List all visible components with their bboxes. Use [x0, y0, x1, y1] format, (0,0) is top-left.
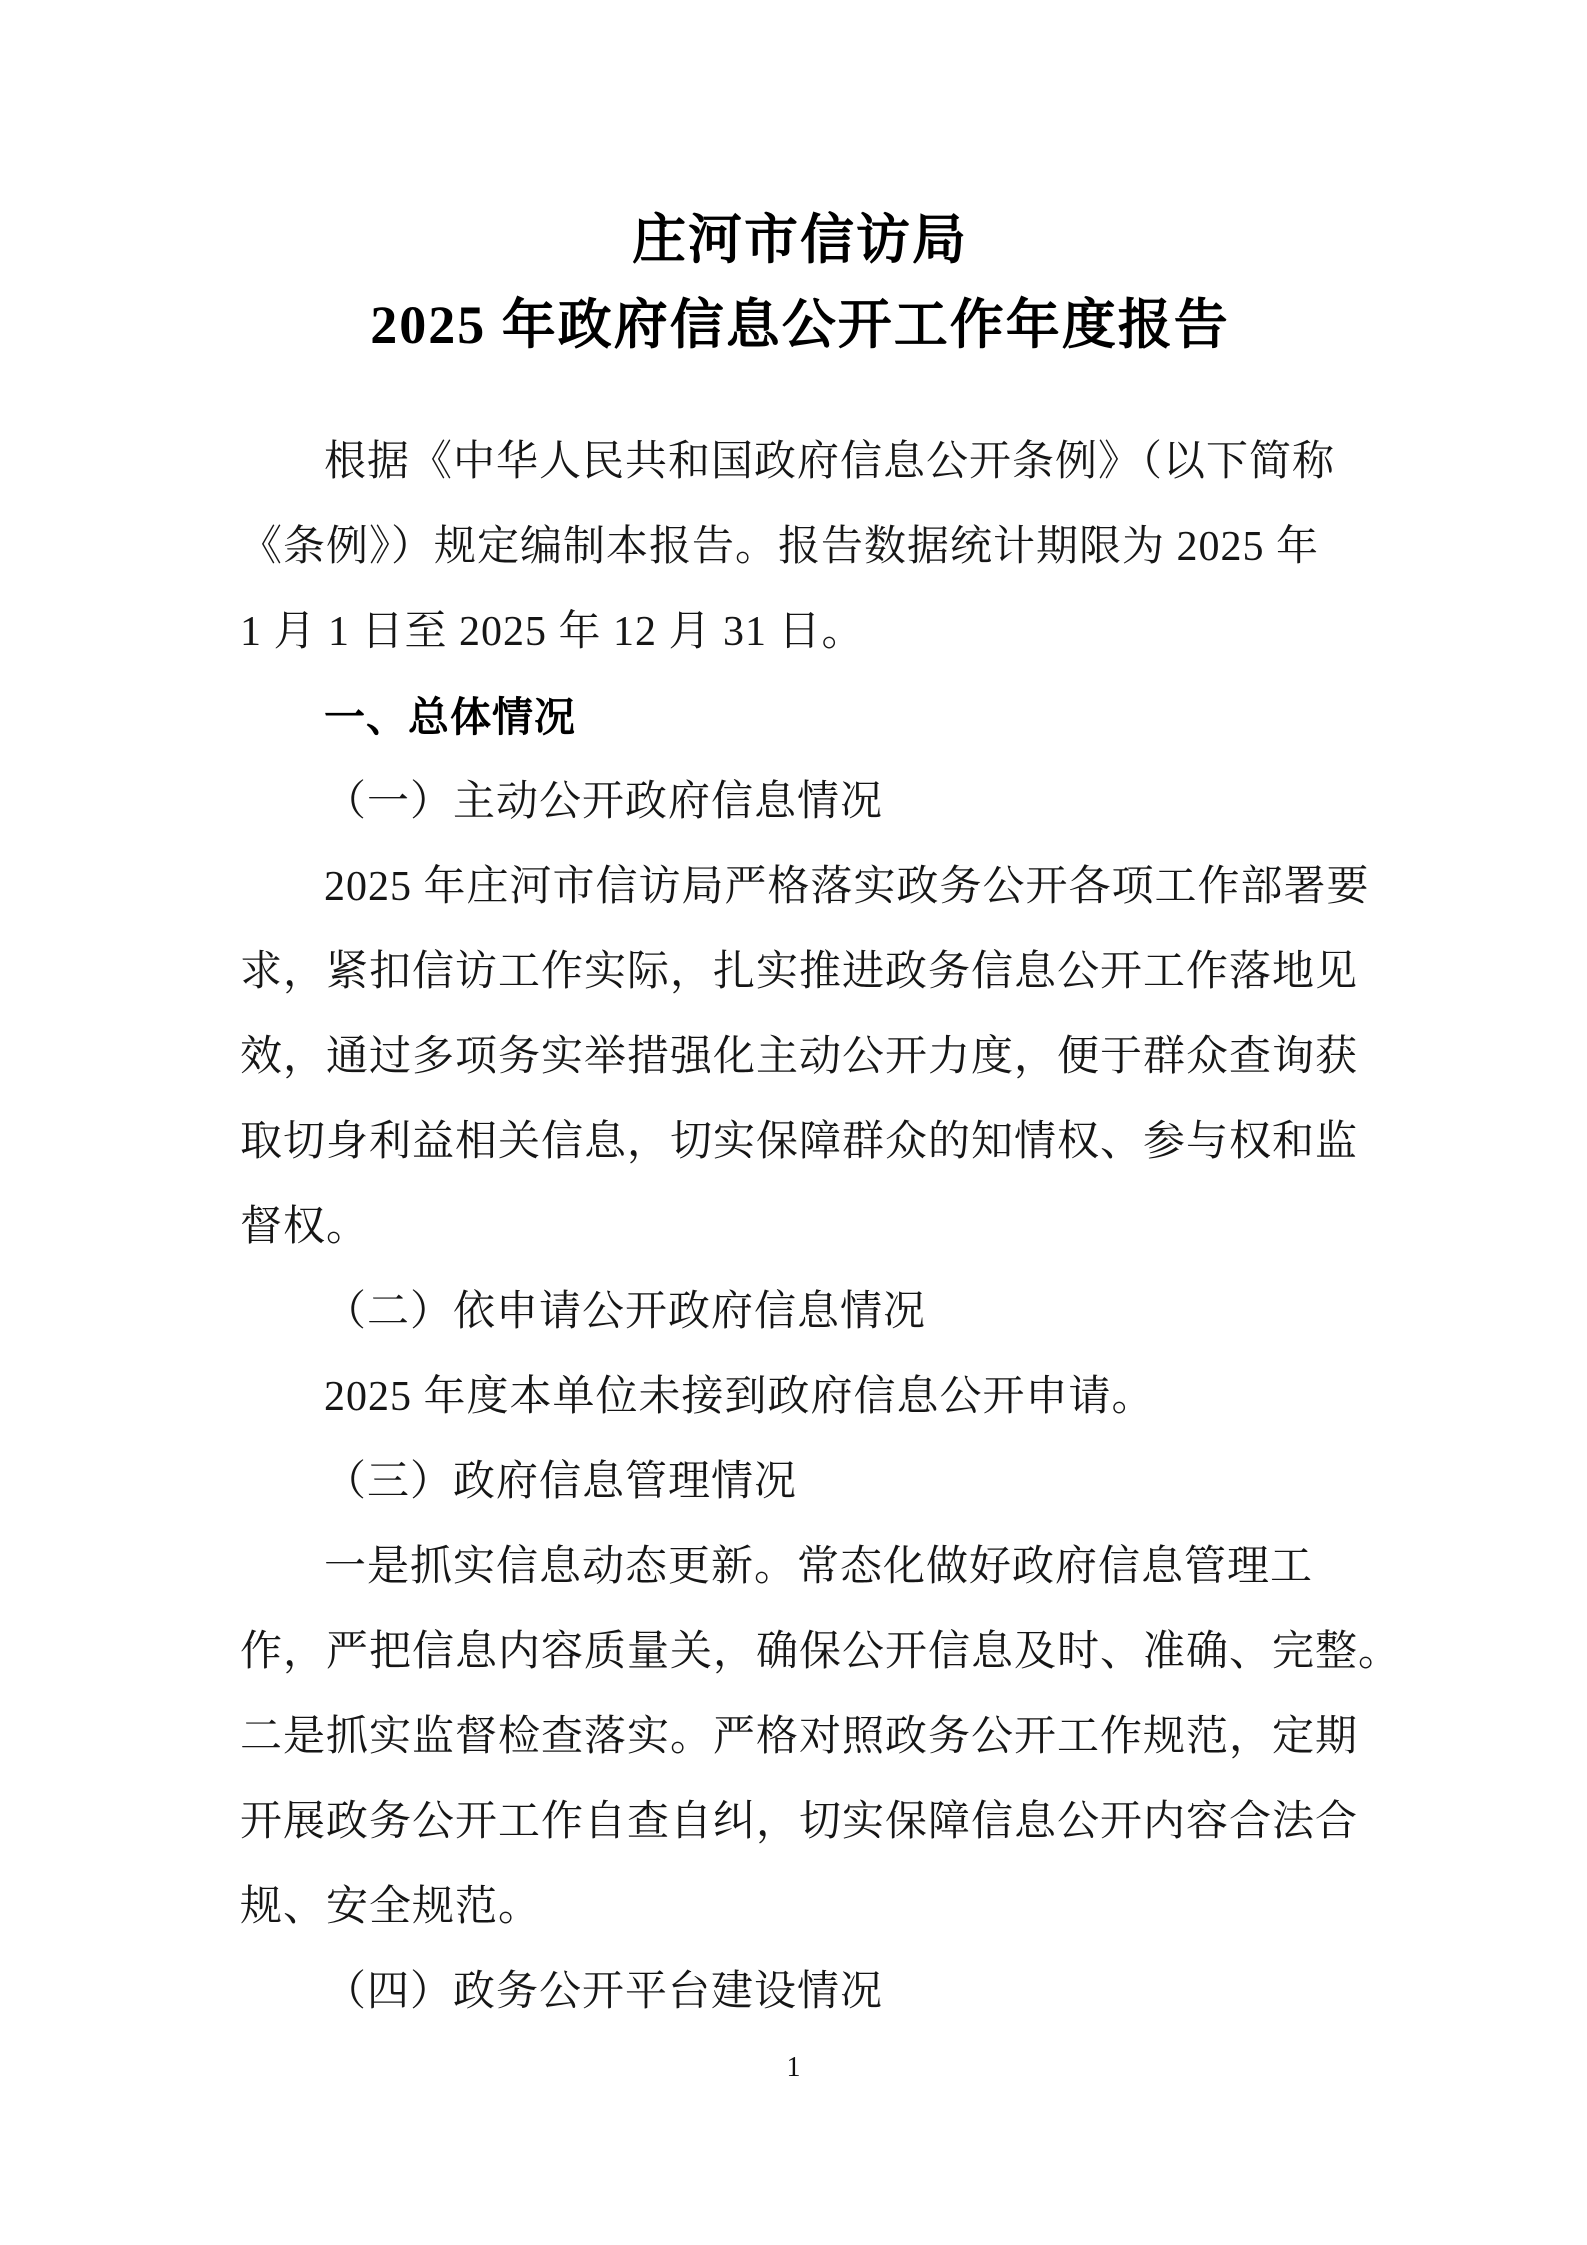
subsection3-paragraph-line: 一是抓实信息动态更新。常态化做好政府信息管理工	[240, 1525, 1360, 1610]
report-title-line1: 庄河市信访局	[240, 198, 1360, 283]
report-title-line2: 2025 年政府信息公开工作年度报告	[240, 283, 1360, 368]
subsection1-paragraph-line: 2025 年庄河市信访局严格落实政务公开各项工作部署要	[240, 845, 1360, 930]
subsection3-heading: （三）政府信息管理情况	[240, 1440, 1360, 1525]
document-content: 庄河市信访局 2025 年政府信息公开工作年度报告 根据《中华人民共和国政府信息…	[0, 198, 1587, 2035]
subsection1-paragraph-line: 求，紧扣信访工作实际，扎实推进政务信息公开工作落地见	[240, 930, 1360, 1015]
subsection1-heading: （一）主动公开政府信息情况	[240, 760, 1360, 845]
subsection2-paragraph-line: 2025 年度本单位未接到政府信息公开申请。	[240, 1355, 1360, 1440]
report-body: 根据《中华人民共和国政府信息公开条例》（以下简称 《条例》）规定编制本报告。报告…	[240, 420, 1360, 2035]
subsection3-paragraph-line: 作，严把信息内容质量关，确保公开信息及时、准确、完整。	[240, 1610, 1360, 1695]
subsection1-paragraph-line: 取切身利益相关信息，切实保障群众的知情权、参与权和监	[240, 1100, 1360, 1185]
page-number: 1	[0, 2048, 1587, 2088]
intro-paragraph-line: 《条例》）规定编制本报告。报告数据统计期限为 2025 年	[240, 505, 1360, 590]
document-page: 庄河市信访局 2025 年政府信息公开工作年度报告 根据《中华人民共和国政府信息…	[0, 0, 1587, 2245]
subsection3-paragraph-line: 二是抓实监督检查落实。严格对照政务公开工作规范，定期	[240, 1695, 1360, 1780]
intro-paragraph-line: 根据《中华人民共和国政府信息公开条例》（以下简称	[240, 420, 1360, 505]
subsection1-paragraph-line: 效，通过多项务实举措强化主动公开力度，便于群众查询获	[240, 1015, 1360, 1100]
subsection3-paragraph-line: 开展政务公开工作自查自纠，切实保障信息公开内容合法合	[240, 1780, 1360, 1865]
subsection4-heading: （四）政务公开平台建设情况	[240, 1950, 1360, 2035]
subsection1-paragraph-line: 督权。	[240, 1185, 1360, 1270]
section1-heading: 一、总体情况	[240, 675, 1360, 760]
report-title: 庄河市信访局 2025 年政府信息公开工作年度报告	[240, 198, 1360, 368]
intro-paragraph-line: 1 月 1 日至 2025 年 12 月 31 日。	[240, 590, 1360, 675]
subsection3-paragraph-line: 规、安全规范。	[240, 1865, 1360, 1950]
subsection2-heading: （二）依申请公开政府信息情况	[240, 1270, 1360, 1355]
